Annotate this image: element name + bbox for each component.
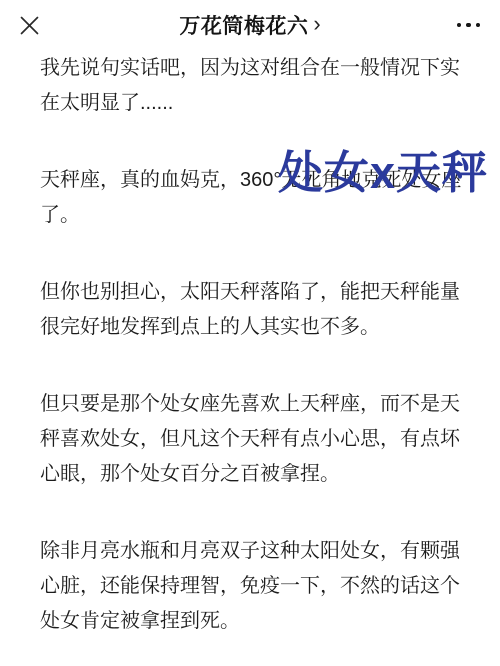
paragraph-line: 但你也别担心，太阳天秤落陷了，能把天秤能量 [40, 275, 464, 310]
article-page: 万花筒梅花六 › 处女x天秤 我先说句实话吧，因为这对组合在一般情况下实 在太明… [0, 0, 500, 666]
dot [457, 23, 462, 28]
dot [476, 23, 481, 28]
paragraph-line: 秤喜欢处女，但凡这个天秤有点小心思，有点坏 [40, 422, 464, 457]
paragraph-line: 了。 [40, 198, 464, 233]
paragraph-line: 很完好地发挥到点上的人其实也不多。 [40, 310, 464, 345]
paragraph-line: 在太明显了...... [40, 86, 464, 121]
article-body: 处女x天秤 我先说句实话吧，因为这对组合在一般情况下实 在太明显了...... … [0, 50, 500, 639]
chevron-right-icon: › [313, 13, 320, 37]
paragraph-line: 除非月亮水瓶和月亮双子这种太阳处女，有颗强 [40, 534, 464, 569]
paragraph-line: 心眼，那个处女百分之百被拿捏。 [40, 457, 464, 492]
paragraph-1: 我先说句实话吧，因为这对组合在一般情况下实 在太明显了...... [40, 51, 464, 121]
dot [466, 23, 471, 28]
paragraph-line: 处女肯定被拿捏到死。 [40, 604, 464, 639]
paragraph-4: 但只要是那个处女座先喜欢上天秤座，而不是天 秤喜欢处女，但凡这个天秤有点小心思，… [40, 387, 464, 492]
close-icon[interactable] [16, 12, 42, 38]
account-title-link[interactable]: 万花筒梅花六 › [179, 10, 320, 40]
paragraph-5: 除非月亮水瓶和月亮双子这种太阳处女，有颗强 心脏，还能保持理智，免疫一下，不然的… [40, 534, 464, 639]
page-title: 万花筒梅花六 [179, 10, 308, 40]
paragraph-line: 我先说句实话吧，因为这对组合在一般情况下实 [40, 51, 464, 86]
paragraph-line: 心脏，还能保持理智，免疫一下，不然的话这个 [40, 569, 464, 604]
top-navbar: 万花筒梅花六 › [0, 0, 500, 50]
paragraph-line: 但只要是那个处女座先喜欢上天秤座，而不是天 [40, 387, 464, 422]
zodiac-highlight-text: 处女x天秤 [278, 150, 488, 195]
paragraph-3: 但你也别担心，太阳天秤落陷了，能把天秤能量 很完好地发挥到点上的人其实也不多。 [40, 275, 464, 345]
more-menu-icon[interactable] [457, 12, 481, 38]
